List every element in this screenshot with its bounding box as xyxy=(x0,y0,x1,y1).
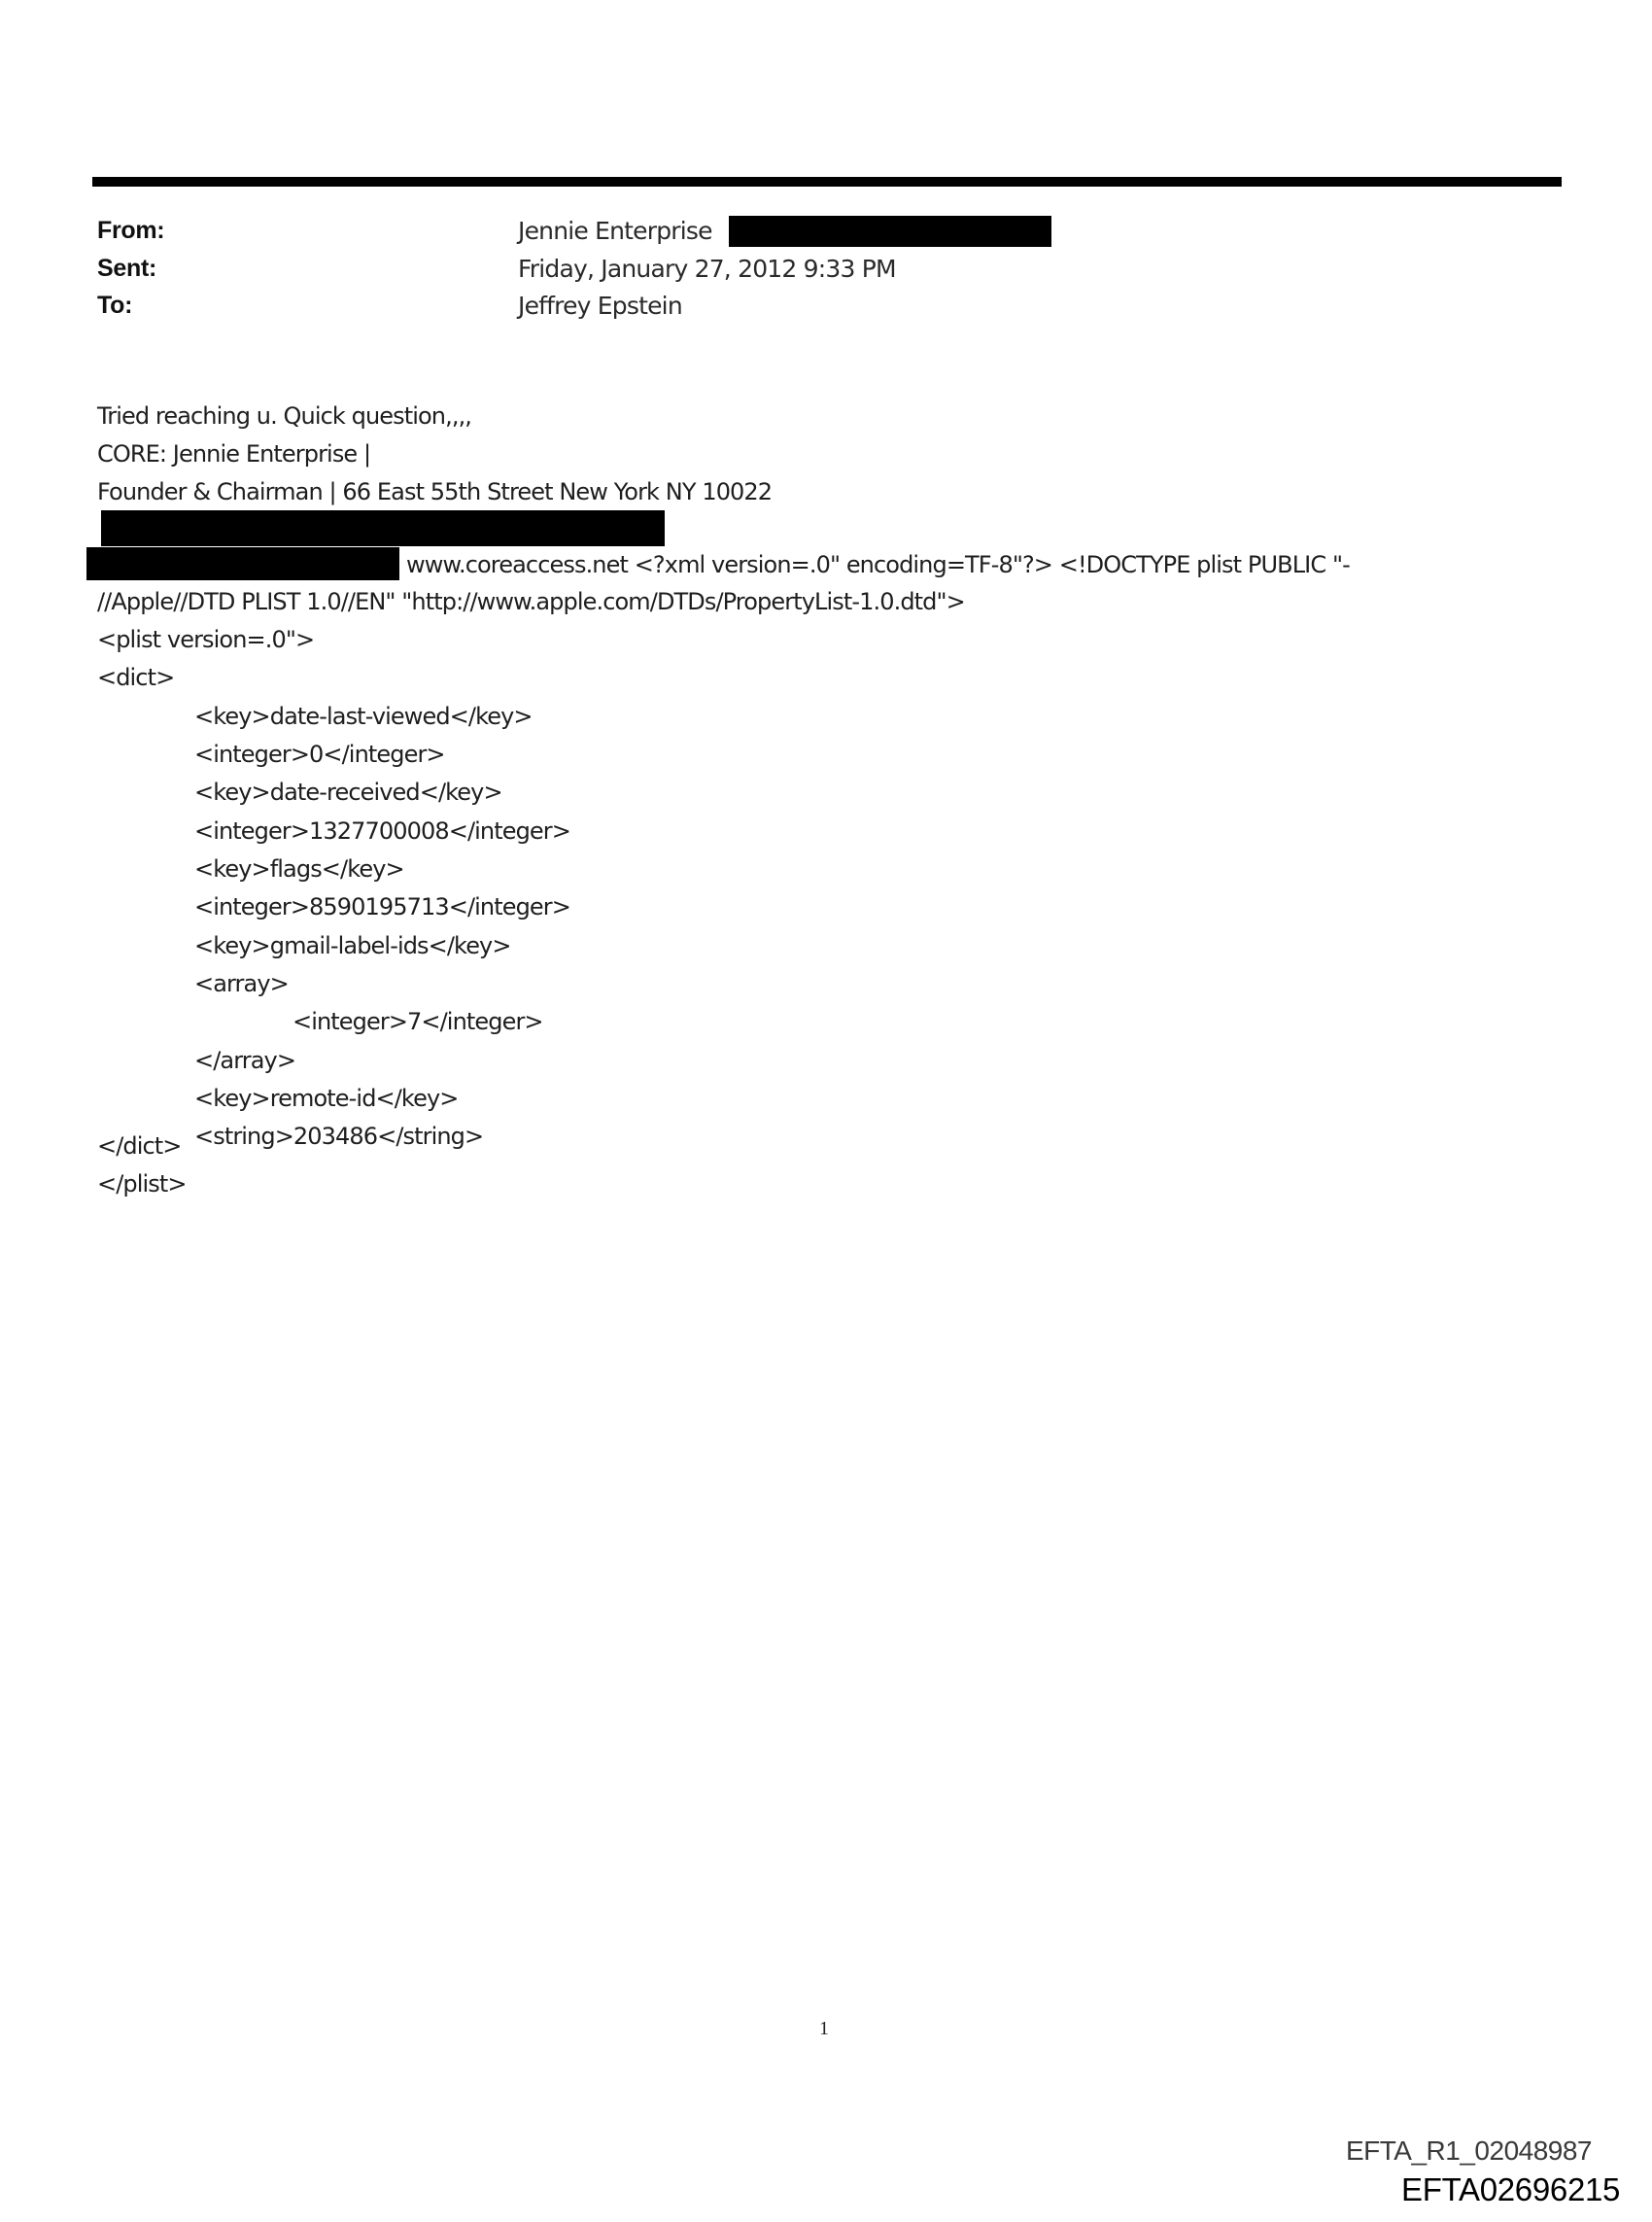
redaction-box xyxy=(729,216,1051,247)
body-line: <integer>7</integer> xyxy=(293,1007,543,1036)
to-label: To: xyxy=(97,292,132,320)
body-line: </array> xyxy=(194,1046,295,1075)
bates-number-primary: EFTA_R1_02048987 xyxy=(1346,2135,1592,2167)
body-line: <key>flags</key> xyxy=(194,854,404,884)
body-line: Founder & Chairman | 66 East 55th Street… xyxy=(97,477,772,506)
document-page: From: Jennie Enterprise Sent: Friday, Ja… xyxy=(0,0,1652,2222)
body-line: <key>remote-id</key> xyxy=(194,1084,458,1113)
body-line: <plist version=.0"> xyxy=(97,625,314,654)
body-line: <key>date-last-viewed</key> xyxy=(194,702,533,731)
body-line: Tried reaching u. Quick question,,,, xyxy=(97,401,471,431)
redaction-box xyxy=(101,510,665,546)
body-line: </plist> xyxy=(97,1169,187,1198)
body-line: <string>203486</string> xyxy=(194,1122,483,1151)
body-line: <key>gmail-label-ids</key> xyxy=(194,931,511,960)
sent-value: Friday, January 27, 2012 9:33 PM xyxy=(518,255,896,283)
from-value: Jennie Enterprise xyxy=(518,217,712,245)
from-label: From: xyxy=(97,217,164,245)
body-line: //Apple//DTD PLIST 1.0//EN" "http://www.… xyxy=(97,587,965,616)
sent-label: Sent: xyxy=(97,255,156,283)
page-number: 1 xyxy=(819,2018,829,2040)
body-line: <dict> xyxy=(97,663,174,692)
body-line: <integer>0</integer> xyxy=(194,740,445,769)
body-line: www.coreaccess.net <?xml version=.0" enc… xyxy=(406,550,1350,579)
redaction-box xyxy=(86,547,399,580)
bates-number-secondary: EFTA02696215 xyxy=(1401,2171,1620,2208)
to-value: Jeffrey Epstein xyxy=(518,292,682,320)
body-line: </dict> xyxy=(97,1131,182,1161)
body-line: <integer>8590195713</integer> xyxy=(194,892,570,921)
body-line: <integer>1327700008</integer> xyxy=(194,816,570,846)
body-line: <key>date-received</key> xyxy=(194,778,502,807)
body-line: <array> xyxy=(194,969,289,998)
body-line: CORE: Jennie Enterprise | xyxy=(97,439,370,469)
header-rule xyxy=(92,177,1562,187)
